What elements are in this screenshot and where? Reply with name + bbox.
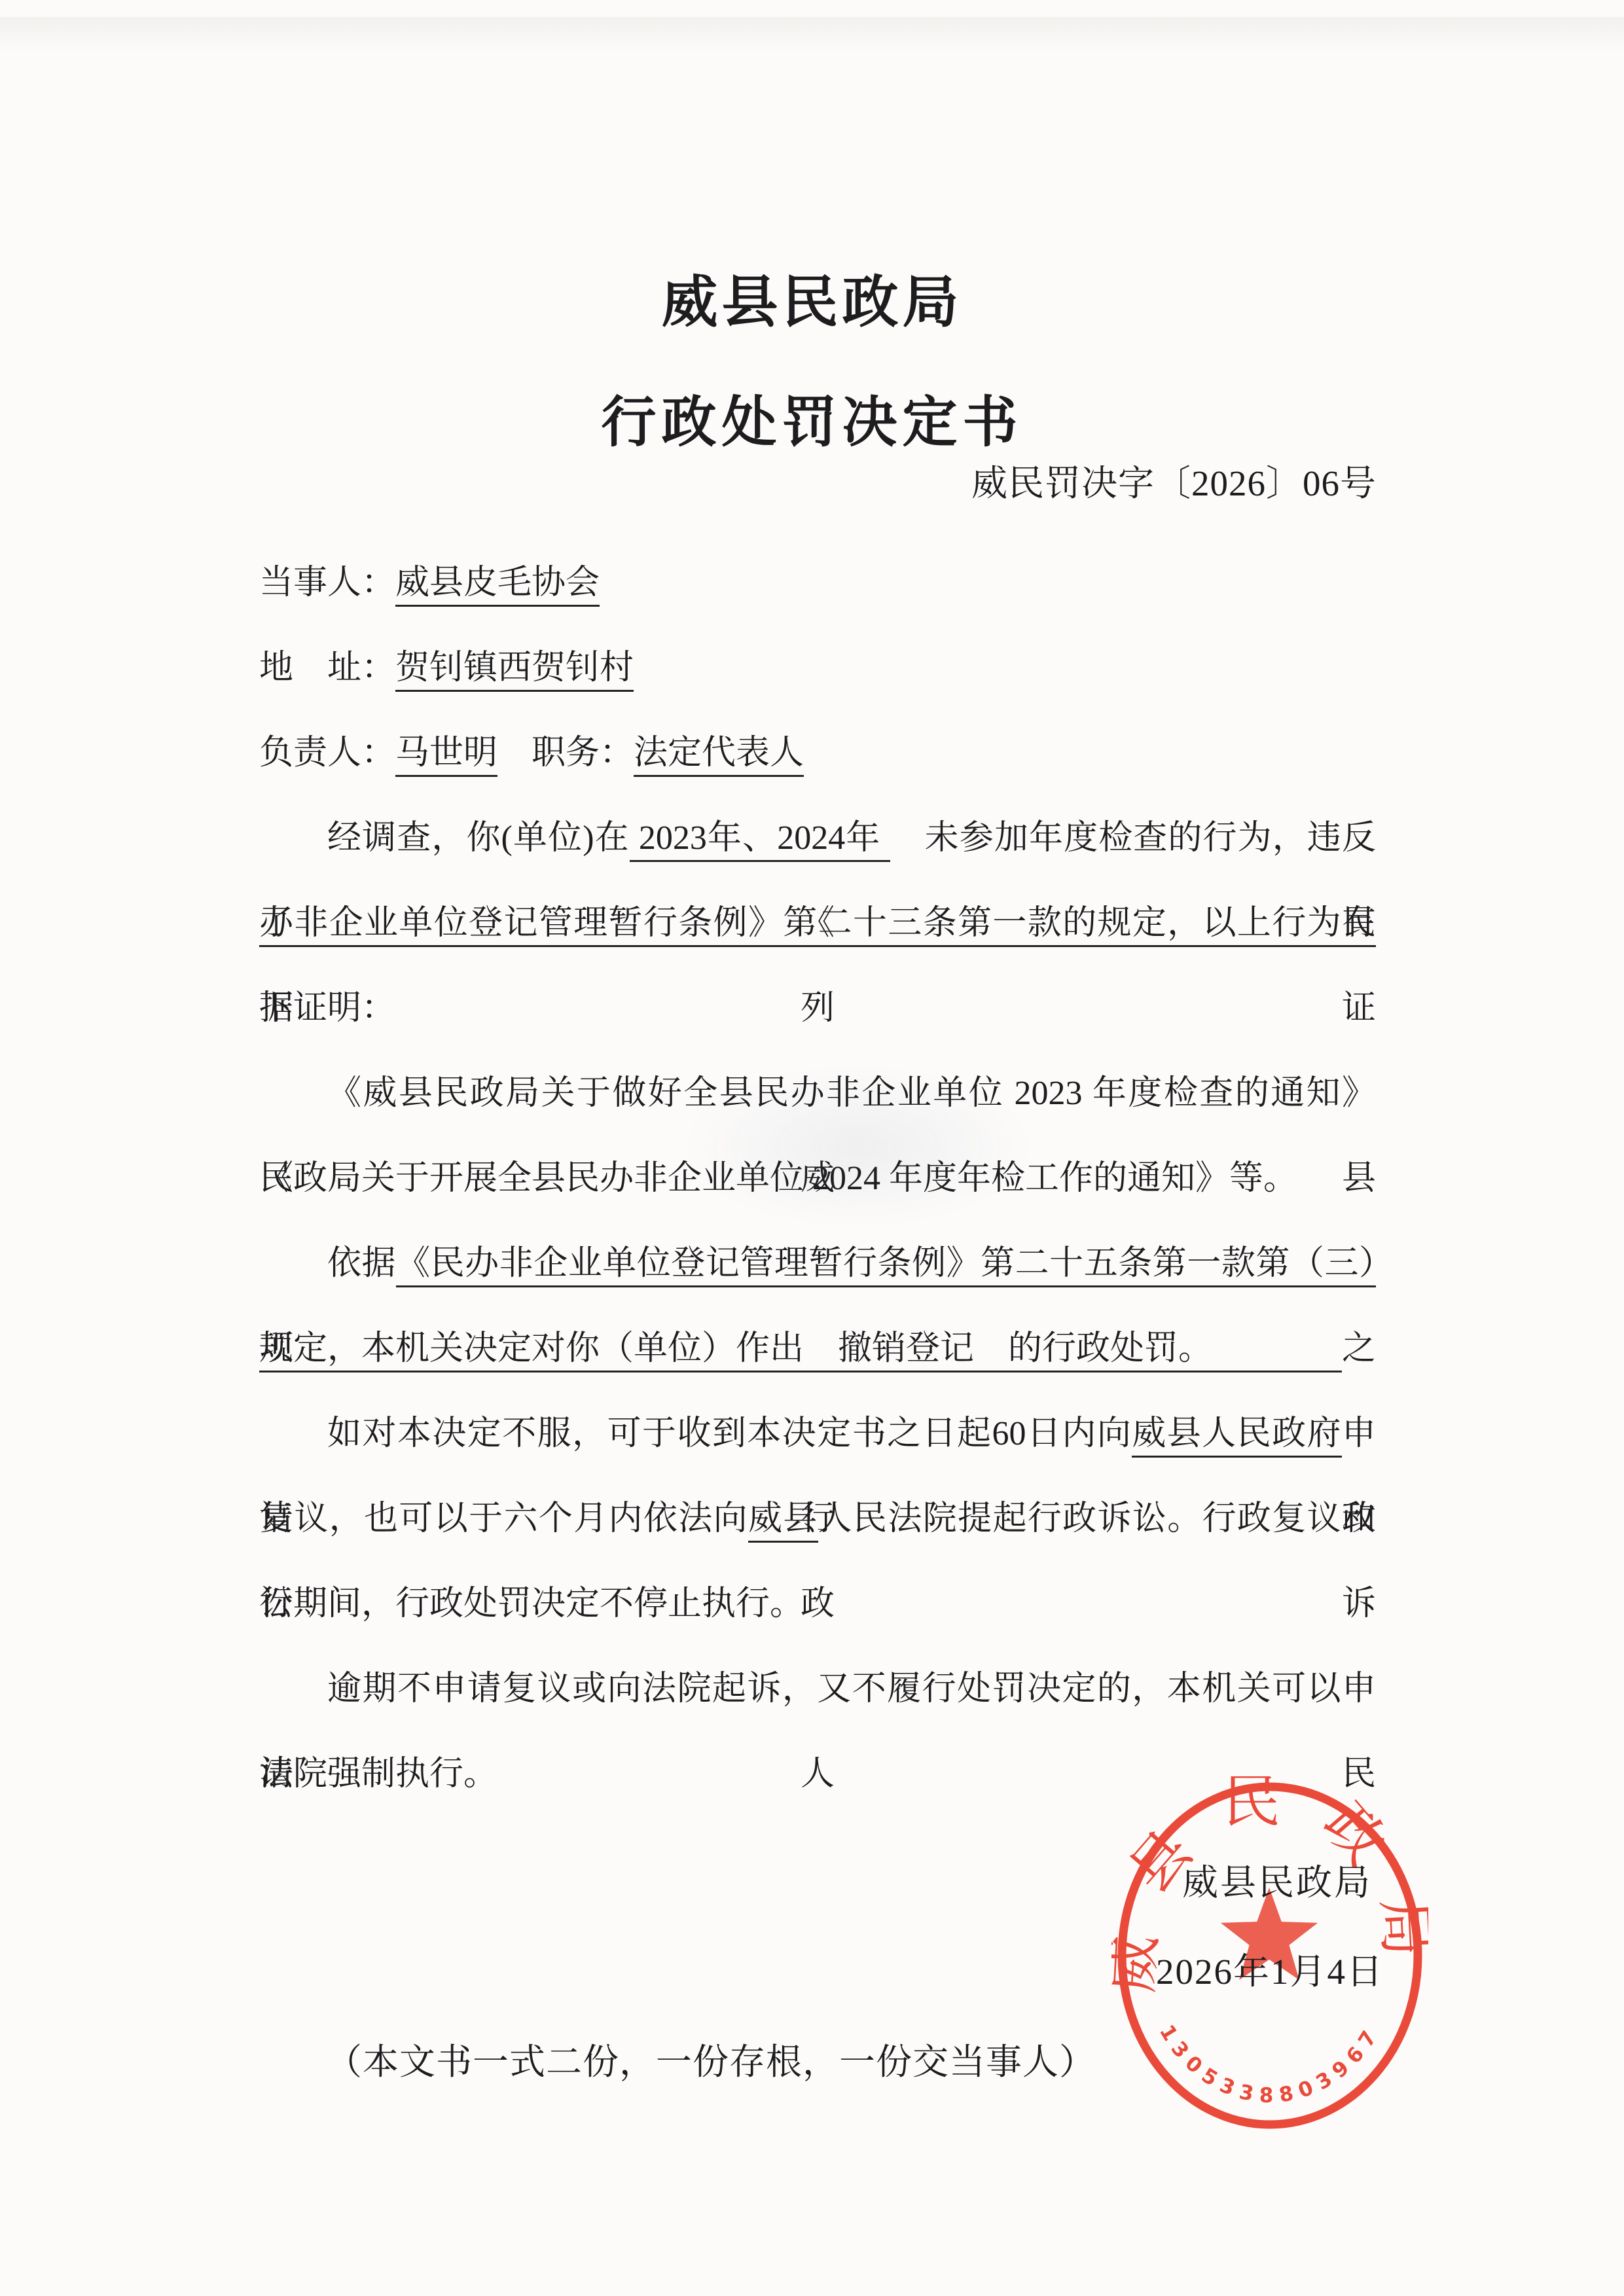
- body-segment: 负责人：: [259, 734, 395, 772]
- underlined-text: 办非企业单位登记管理暂行条例》第二十三条第一款: [259, 905, 1062, 947]
- body-segment: 当事人：: [259, 564, 395, 601]
- penalty-decision-document: 威县民政局 行政处罚决定书 威民罚决字〔2026〕06号 当事人：威县皮毛协会地…: [0, 0, 1624, 2296]
- body-segment: 依据: [327, 1245, 396, 1282]
- footer-note: （本文书一式二份，一份存根，一份交当事人）: [326, 2033, 1096, 2085]
- body-line: 依据《民办非企业单位登记管理暂行条例》第二十五条第一款第（三）项之: [259, 1221, 1376, 1306]
- body-line: 当事人：威县皮毛协会: [259, 541, 1376, 626]
- body-line: 办非企业单位登记管理暂行条例》第二十三条第一款的规定，以上行为有下列证: [259, 881, 1376, 966]
- body-segment: 讼期间，行政处罚决定不停止执行。: [259, 1585, 804, 1623]
- body-segment: 如对本决定不服，可于收到本决定书之日起60日内向: [327, 1415, 1132, 1452]
- signature-date: 2026年1月4日: [1156, 1943, 1384, 1994]
- underlined-text: 威县皮毛协会: [395, 564, 600, 607]
- body-line: 经调查，你(单位)在 2023年、2024年 未参加年度检查的行为，违反了《民: [259, 796, 1376, 881]
- body-line: 如对本决定不服，可于收到本决定书之日起60日内向威县人民政府申请行政: [259, 1391, 1376, 1477]
- signature-org: 威县民政局: [1182, 1854, 1372, 1905]
- underlined-text: 马世明: [395, 734, 497, 777]
- body-line: 地 址：贺钊镇西贺钊村: [259, 626, 1376, 711]
- body-segment: 据证明：: [259, 990, 395, 1027]
- ink-bleed-ghost: [681, 1064, 1034, 1228]
- scan-noise-band: [0, 17, 1624, 53]
- body-line: 复议，也可以于六个月内依法向威县人民法院提起行政诉讼。行政复议和行政诉: [259, 1477, 1376, 1562]
- underlined-text: 2023年、2024年: [630, 819, 890, 862]
- body-segment: 经调查，你(单位)在: [327, 819, 630, 857]
- body-segment: 的行政处罚。: [1008, 1330, 1212, 1367]
- underlined-text: 威县人民政府: [1132, 1415, 1342, 1458]
- body-segment: 法院强制执行。: [259, 1755, 497, 1793]
- underlined-text: 贺钊镇西贺钊村: [395, 649, 634, 692]
- doc-number: 威民罚决字〔2026〕06号: [971, 454, 1377, 506]
- body-line: 负责人：马世明 职务：法定代表人: [259, 711, 1376, 796]
- body-segment: 规定，本机关决定对你（单位）作出: [259, 1330, 804, 1367]
- body-line: 逾期不申请复议或向法院起诉，又不履行处罚决定的，本机关可以申请人民: [259, 1647, 1376, 1732]
- body-segment: 之: [1342, 1330, 1376, 1367]
- body-segment: 复议，也可以于六个月内依法向: [259, 1500, 748, 1537]
- underlined-text: 法定代表人: [634, 734, 804, 777]
- underlined-text: 威县: [748, 1500, 818, 1543]
- body-segment: 职务：: [497, 734, 634, 772]
- org-title: 威县民政局: [0, 257, 1624, 338]
- underlined-text: 撤销登记: [804, 1330, 1008, 1372]
- body-segment: 地 址：: [259, 649, 395, 687]
- doc-title: 行政处罚决定书: [0, 378, 1624, 457]
- body-line: 规定，本机关决定对你（单位）作出 撤销登记 的行政处罚。: [259, 1306, 1376, 1391]
